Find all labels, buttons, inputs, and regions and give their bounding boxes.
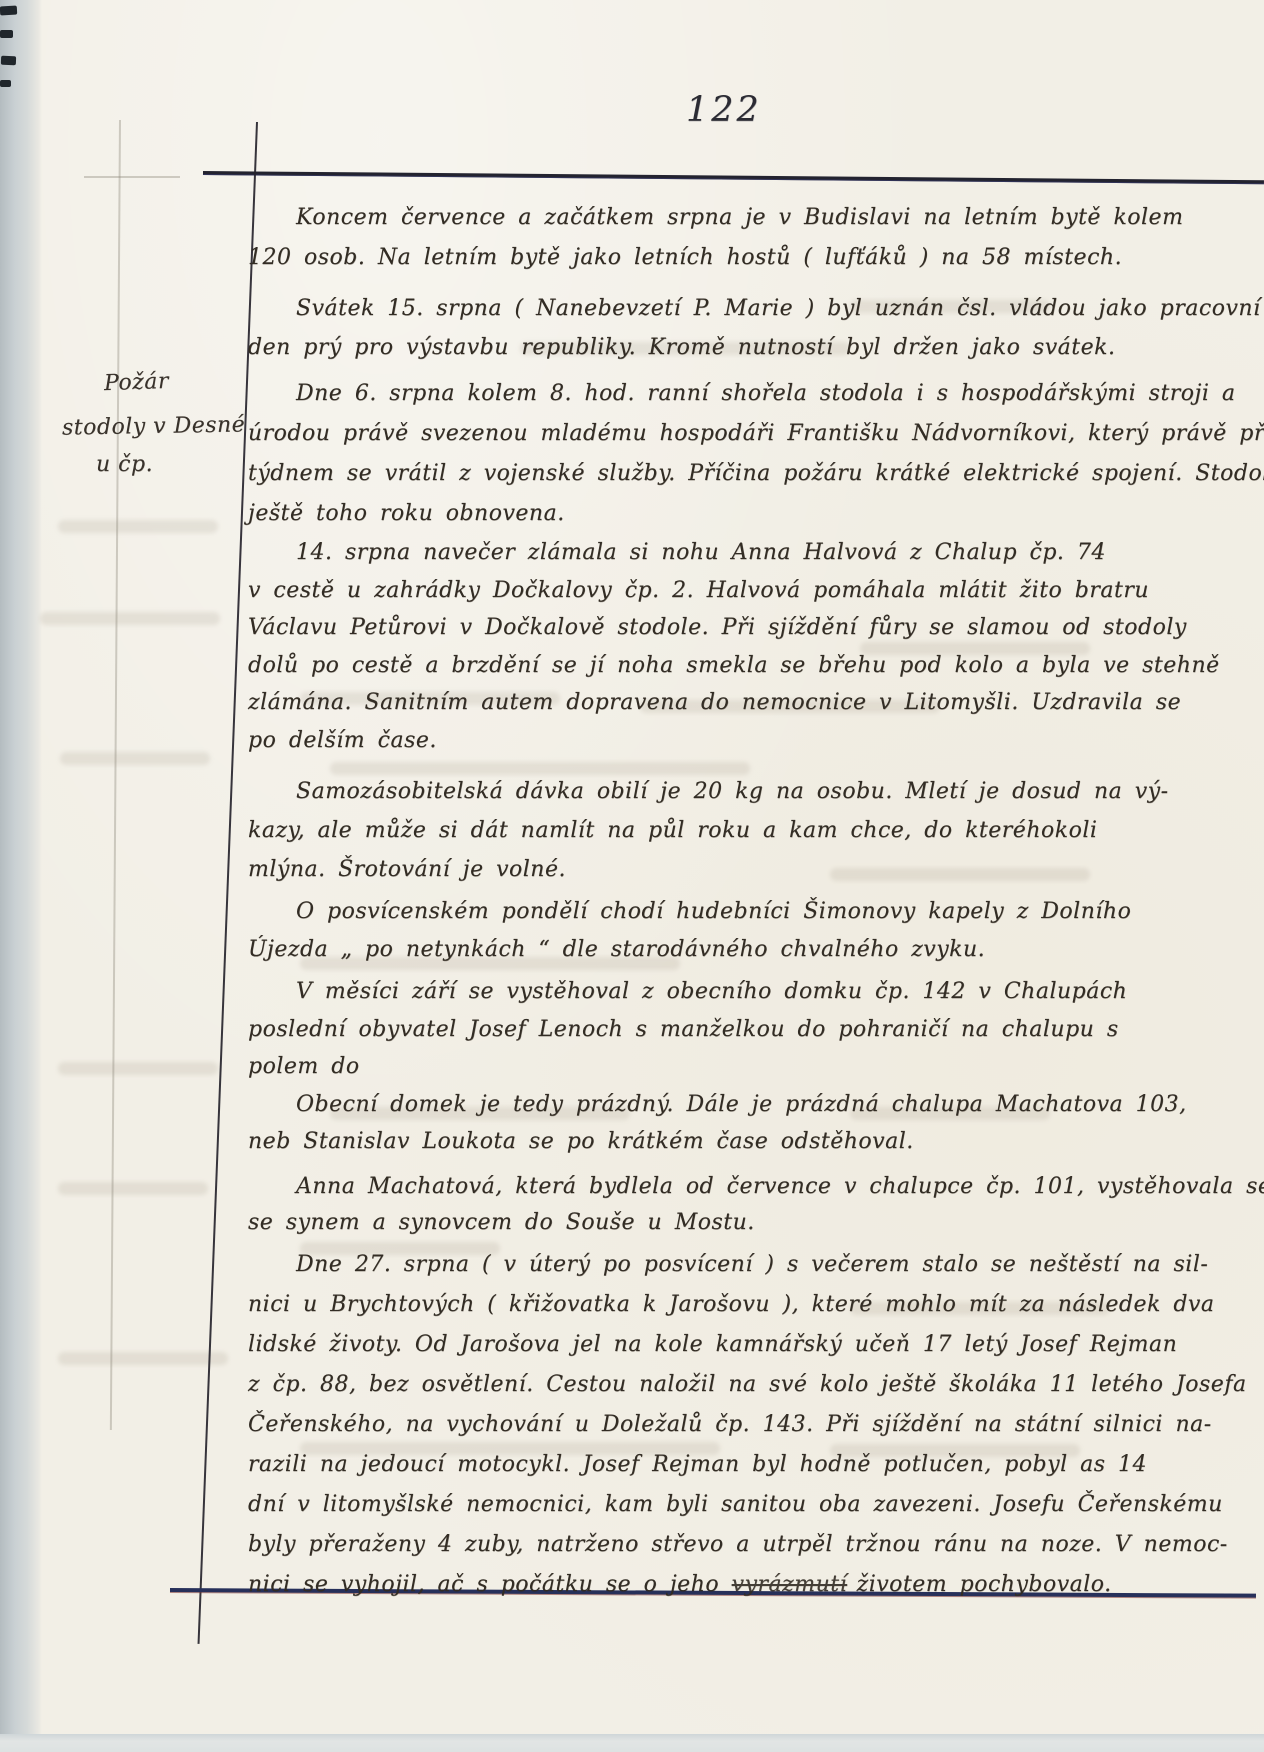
margin-note-line: stodoly v Desné [62,412,246,440]
bleedthrough-smudge [58,1062,218,1075]
handwritten-line: 120 osob. Na letním bytě jako letních ho… [248,245,1122,270]
handwritten-line: Anna Machatová, která bydlela od červenc… [296,1174,1264,1199]
handwritten-line: se synem a synovcem do Souše u Mostu. [248,1210,755,1235]
handwritten-line: dolů po cestě a brzdění se jí noha smekl… [248,653,1220,678]
pencil-guide-vertical [110,120,121,1430]
handwritten-line: V měsíci září se vystěhoval z obecního d… [296,979,1127,1004]
handwritten-line: nici u Brychtových ( křižovatka k Jarošo… [248,1292,1214,1317]
scan-speck [0,6,17,16]
handwritten-line: Újezda „ po netynkách “ dle starodávného… [248,937,985,962]
page-number: 122 [686,90,762,130]
handwritten-line: po delším čase. [248,728,437,753]
handwritten-line: Koncem července a začátkem srpna je v Bu… [296,205,1183,230]
scan-edge-bottom [0,1734,1264,1752]
handwritten-line: 14. srpna navečer zlámala si nohu Anna H… [296,540,1106,565]
bleedthrough-smudge [830,868,1090,881]
scan-speck [0,30,13,38]
handwritten-line: Čeřenského, na vychování u Doležalů čp. … [248,1412,1212,1437]
bleedthrough-smudge [58,1182,208,1195]
handwritten-line: Dne 6. srpna kolem 8. hod. ranní shořela… [296,381,1236,406]
scan-edge-left [0,0,42,1752]
bleedthrough-smudge [330,762,750,775]
handwritten-line: polem do [248,1054,360,1079]
handwritten-line: Václavu Petůrovi v Dočkalově stodole. Př… [248,615,1187,640]
top-rule [203,171,1264,184]
handwritten-line: lidské životy. Od Jarošova jel na kole k… [248,1332,1177,1357]
handwritten-segment-pre: nici se vyhojil, ač s počátku se o jeho [248,1572,732,1597]
handwritten-segment-post: životem pochybovalo. [844,1572,1112,1597]
handwritten-line: Samozásobitelská dávka obilí je 20 kg na… [296,779,1169,804]
handwritten-line: kazy, ale může si dát namlít na půl roku… [248,818,1097,843]
handwritten-line: razili na jedoucí motocykl. Josef Rejman… [248,1452,1147,1477]
handwritten-line: Svátek 15. srpna ( Nanebevzetí P. Marie … [296,296,1261,321]
handwritten-line: poslední obyvatel Josef Lenoch s manželk… [248,1017,1119,1042]
handwritten-line: neb Stanislav Loukota se po krátkém čase… [248,1129,914,1154]
handwritten-line: z čp. 88, bez osvětlení. Cestou naložil … [248,1372,1247,1397]
bleedthrough-smudge [58,520,218,533]
pencil-guide-horizontal [84,176,180,178]
handwritten-line: mlýna. Šrotování je volné. [248,857,566,882]
scan-speck [1,56,16,66]
handwritten-line: byly přeraženy 4 zuby, natrženo střevo a… [248,1532,1228,1557]
handwritten-line: Obecní domek je tedy prázdný. Dále je pr… [296,1092,1187,1117]
handwritten-line: dní v litomyšlské nemocnici, kam byli sa… [248,1492,1223,1517]
scan-speck [0,80,11,87]
margin-note-line: u čp. [96,452,153,477]
handwritten-segment-struck: vyrázmutí [732,1572,848,1597]
handwritten-line: ještě toho roku obnovena. [248,501,565,526]
handwritten-line: den prý pro výstavbu republiky. Kromě nu… [248,335,1115,360]
handwritten-line: nici se vyhojil, ač s počátku se o jeho … [248,1572,1112,1597]
handwritten-line: v cestě u zahrádky Dočkalovy čp. 2. Halv… [248,578,1149,603]
bleedthrough-smudge [58,1352,228,1365]
bleedthrough-smudge [60,752,210,765]
chronicle-page-scan: 122 Požár stodoly v Desné u čp. Koncem č… [0,0,1264,1752]
handwritten-line: O posvícenském pondělí chodí hudebníci Š… [296,899,1131,924]
handwritten-line: Dne 27. srpna ( v úterý po posvícení ) s… [296,1252,1208,1277]
handwritten-line: zlámána. Sanitním autem dopravena do nem… [248,690,1181,715]
margin-note-line: Požár [104,369,170,396]
handwritten-line: týdnem se vrátil z vojenské služby. Příč… [248,461,1264,486]
handwritten-line: úrodou právě svezenou mladému hospodáři … [248,421,1264,446]
bleedthrough-smudge [40,612,220,625]
